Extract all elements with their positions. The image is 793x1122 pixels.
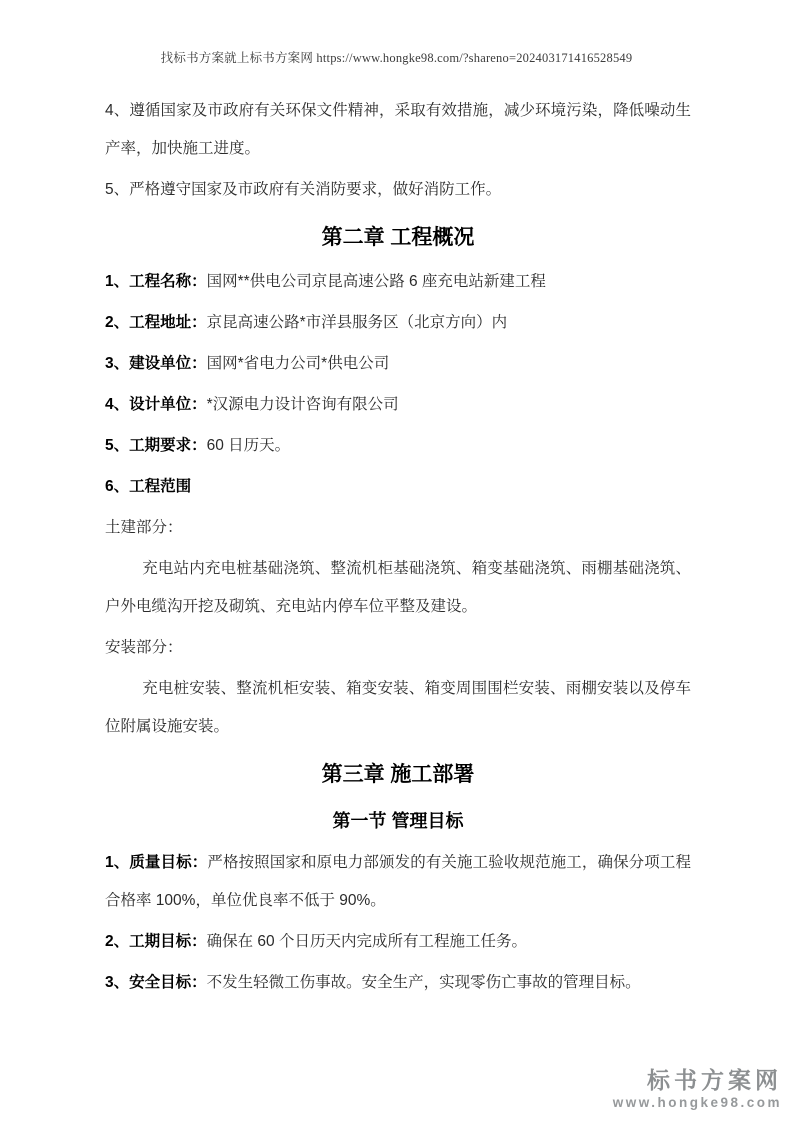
- project-name-item: 1、工程名称：国网**供电公司京昆高速公路 6 座充电站新建工程: [105, 263, 691, 301]
- paragraph-env-protection: 4、遵循国家及市政府有关环保文件精神，采取有效措施，减少环境污染，降低噪动生产率…: [105, 92, 691, 168]
- design-unit-label: 4、设计单位：: [105, 396, 207, 413]
- safety-goal-label: 3、安全目标：: [105, 974, 207, 991]
- safety-goal-item: 3、安全目标：不发生轻微工伤事故。安全生产，实现零伤亡事故的管理目标。: [105, 964, 691, 1002]
- project-name-label: 1、工程名称：: [105, 273, 207, 290]
- quality-goal-label: 1、质量目标：: [105, 854, 207, 871]
- design-unit-item: 4、设计单位：*汉源电力设计咨询有限公司: [105, 386, 691, 424]
- document-page: 找标书方案就上标书方案网 https://www.hongke98.com/?s…: [0, 0, 793, 1122]
- project-address-value: 京昆高速公路*市洋县服务区（北京方向）内: [207, 314, 508, 331]
- project-address-label: 2、工程地址：: [105, 314, 207, 331]
- chapter3-title: 第三章 施工部署: [105, 752, 691, 798]
- civil-works-label: 土建部分：: [105, 509, 691, 547]
- schedule-goal-item: 2、工期目标：确保在 60 个日历天内完成所有工程施工任务。: [105, 923, 691, 961]
- duration-requirement-item: 5、工期要求：60 日历天。: [105, 427, 691, 465]
- watermark: 标书方案网 www.hongke98.com: [613, 1069, 782, 1110]
- installation-works-text: 充电桩安装、整流机柜安装、箱变安装、箱变周围围栏安装、雨棚安装以及停车位附属设施…: [105, 670, 691, 746]
- safety-goal-value: 不发生轻微工伤事故。安全生产，实现零伤亡事故的管理目标。: [207, 974, 641, 991]
- civil-works-text: 充电站内充电桩基础浇筑、整流机柜基础浇筑、箱变基础浇筑、雨棚基础浇筑、户外电缆沟…: [105, 550, 691, 626]
- construction-unit-label: 3、建设单位：: [105, 355, 207, 372]
- project-scope-item: 6、工程范围: [105, 468, 691, 506]
- construction-unit-item: 3、建设单位：国网*省电力公司*供电公司: [105, 345, 691, 383]
- schedule-goal-value: 确保在 60 个日历天内完成所有工程施工任务。: [207, 933, 527, 950]
- page-header-source-link: 找标书方案就上标书方案网 https://www.hongke98.com/?s…: [0, 48, 793, 66]
- watermark-url: www.hongke98.com: [613, 1096, 782, 1110]
- quality-goal-item: 1、质量目标：严格按照国家和原电力部颁发的有关施工验收规范施工，确保分项工程合格…: [105, 844, 691, 920]
- paragraph-fire-safety: 5、严格遵守国家及市政府有关消防要求，做好消防工作。: [105, 171, 691, 209]
- schedule-goal-label: 2、工期目标：: [105, 933, 207, 950]
- installation-works-label: 安装部分：: [105, 629, 691, 667]
- project-address-item: 2、工程地址：京昆高速公路*市洋县服务区（北京方向）内: [105, 304, 691, 342]
- project-scope-label: 6、工程范围: [105, 478, 191, 495]
- section1-title: 第一节 管理目标: [105, 800, 691, 842]
- construction-unit-value: 国网*省电力公司*供电公司: [207, 355, 390, 372]
- watermark-logo-text: 标书方案网: [613, 1069, 782, 1092]
- project-name-value: 国网**供电公司京昆高速公路 6 座充电站新建工程: [207, 273, 546, 290]
- duration-requirement-label: 5、工期要求：: [105, 437, 207, 454]
- duration-requirement-value: 60 日历天。: [207, 437, 291, 454]
- design-unit-value: *汉源电力设计咨询有限公司: [207, 396, 399, 413]
- chapter2-title: 第二章 工程概况: [105, 215, 691, 261]
- document-body: 4、遵循国家及市政府有关环保文件精神，采取有效措施，减少环境污染，降低噪动生产率…: [105, 92, 691, 1005]
